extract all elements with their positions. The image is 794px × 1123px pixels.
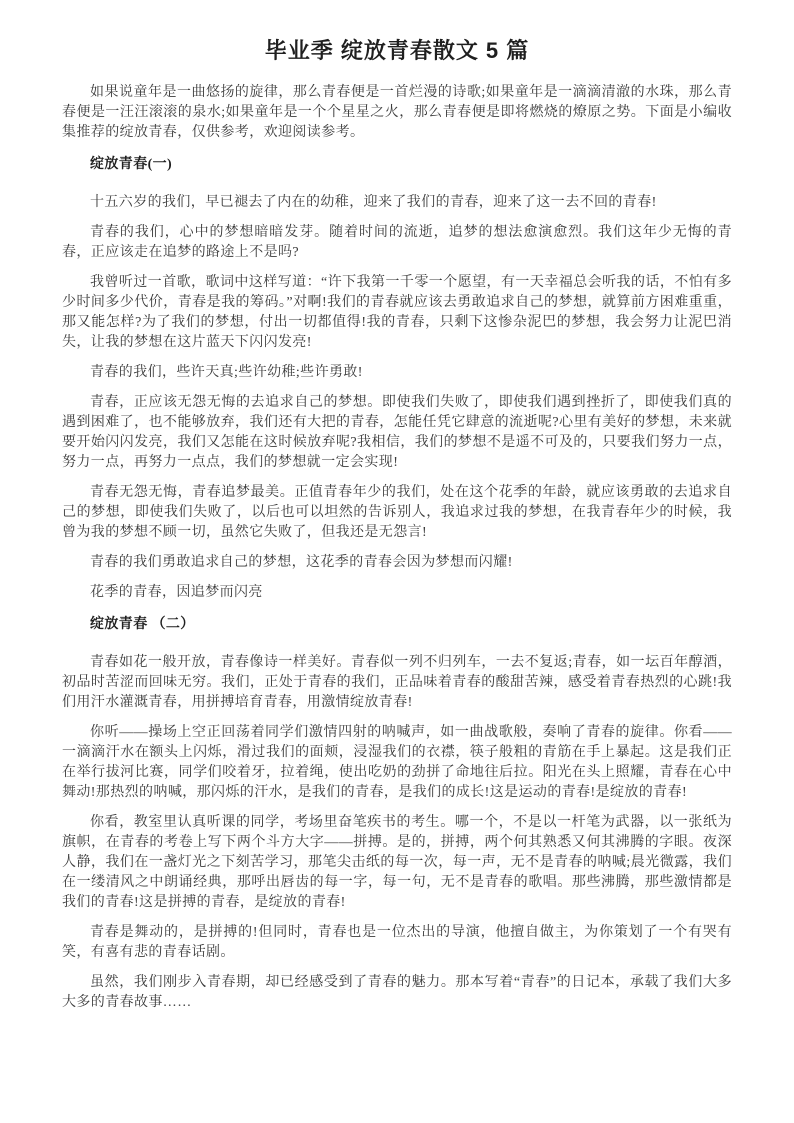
paragraph: 十五六岁的我们，早已褪去了内在的幼稚，迎来了我们的青春，迎来了这一去不回的青春!: [62, 193, 732, 213]
document-page: 毕业季 绽放青春散文 5 篇 如果说童年是一曲悠扬的旋律，那么青春便是一首烂漫的…: [0, 0, 794, 1123]
paragraph: 青春是舞动的，是拼搏的!但同时，青春也是一位杰出的导演，他擅自做主，为你策划了一…: [62, 923, 732, 963]
paragraph: 青春无怨无悔，青春追梦最美。正值青春年少的我们，处在这个花季的年龄，就应该勇敢的…: [62, 483, 732, 543]
section-1-heading: 绽放青春(一): [62, 155, 732, 175]
paragraph: 我曾听过一首歌，歌词中这样写道：“许下我第一千零一个愿望，有一天幸福总会听我的话…: [62, 273, 732, 353]
paragraph: 青春，正应该无怨无悔的去追求自己的梦想。即使我们失败了，即使我们遇到挫折了，即使…: [62, 393, 732, 473]
section-2-heading: 绽放青春 （二）: [62, 615, 732, 635]
paragraph: 青春的我们，些许天真;些许幼稚;些许勇敢!: [62, 363, 732, 383]
document-title: 毕业季 绽放青春散文 5 篇: [62, 37, 732, 65]
paragraph: 青春的我们，心中的梦想暗暗发芽。随着时间的流逝，追梦的想法愈演愈烈。我们这年少无…: [62, 223, 732, 263]
paragraph: 虽然，我们刚步入青春期，却已经感受到了青春的魅力。那本写着“青春”的日记本，承载…: [62, 973, 732, 1013]
intro-paragraph: 如果说童年是一曲悠扬的旋律，那么青春便是一首烂漫的诗歌;如果童年是一滴滴清澈的水…: [62, 83, 732, 143]
paragraph: 你看，教室里认真听课的同学，考场里奋笔疾书的考生。哪一个，不是以一杆笔为武器，以…: [62, 813, 732, 913]
paragraph: 青春如花一般开放，青春像诗一样美好。青春似一列不归列车，一去不复返;青春，如一坛…: [62, 653, 732, 713]
paragraph: 你听——操场上空正回荡着同学们激情四射的呐喊声，如一曲战歌般，奏响了青春的旋律。…: [62, 723, 732, 803]
paragraph: 青春的我们勇敢追求自己的梦想，这花季的青春会因为梦想而闪耀!: [62, 553, 732, 573]
paragraph: 花季的青春，因追梦而闪亮: [62, 583, 732, 603]
